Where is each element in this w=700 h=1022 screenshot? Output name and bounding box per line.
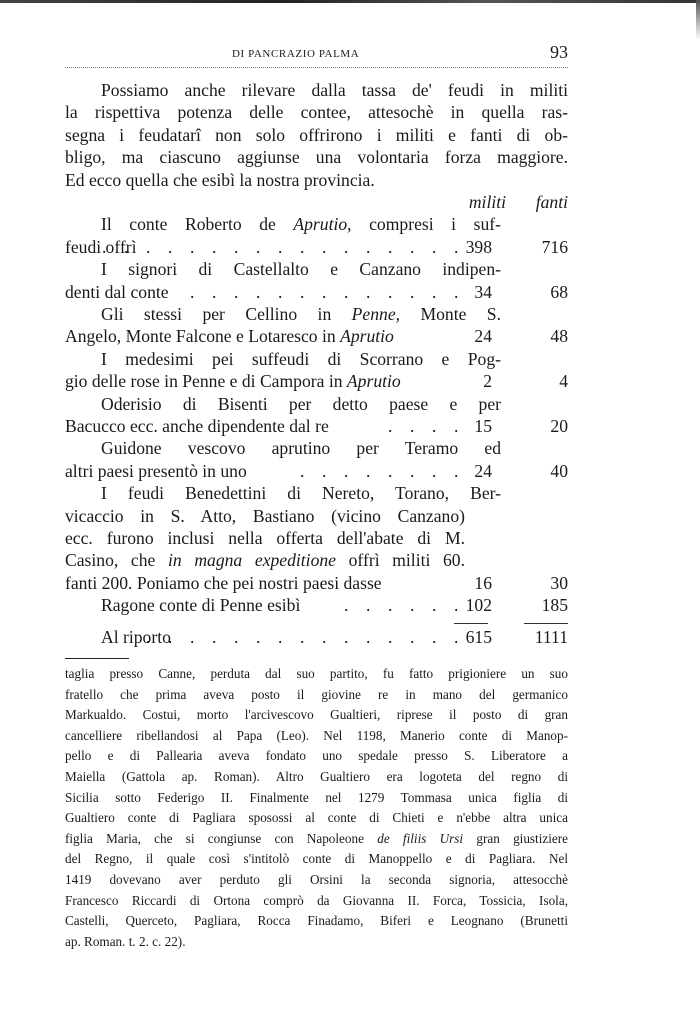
table-entry: Gli stessi per Cellino in Penne, Monte S… [65,303,568,348]
militi-value: 102 [442,594,492,616]
entry-text-line: Casino, che in magna expeditione offrì m… [65,549,465,571]
entry-last-line: Angelo, Monte Falcone e Lotaresco in Apr… [65,325,394,347]
intro-paragraph: Possiamo anche rilevare dalla tassa de' … [65,79,568,191]
entry-text-line: Gli stessi per Cellino in Penne, Monte S… [65,303,501,325]
footnote: taglia presso Canne, perduta dal suo par… [65,664,568,952]
table-entry: I signori di Castellalto e Canzano indip… [65,258,568,303]
footnote-line: Francesco Riccardi di Ortona comprò da G… [65,891,568,912]
total-militi: 615 [442,626,492,648]
body-text: Possiamo anche rilevare dalla tassa de' … [65,79,568,645]
column-header-militi: militi [469,191,506,213]
table-entry: Oderisio di Bisenti per detto paese e pe… [65,393,568,438]
fanti-value: 4 [508,370,568,392]
militi-value: 24 [442,460,492,482]
entry-text-line: Guidone vescovo aprutino per Teramo ed [65,437,501,459]
footnote-line: pello e di Pallearia aveva fondato uno s… [65,746,568,767]
sum-rule [524,623,568,624]
table-entry: I medesimi pei suffeudi di Scorrano e Po… [65,348,568,393]
footnote-line: 1419 dovevano aver perduto gli Orsini la… [65,870,568,891]
footnote-line: del Regno, il quale così s'intitolò cont… [65,849,568,870]
dot-leader: . . . . . . [65,594,465,616]
entry-text-line: ecc. furono inclusi nella offerta dell'a… [65,527,465,549]
entry-last-line: gio delle rose in Penne e di Campora in … [65,370,401,392]
dot-leader: . . . . . . . . . . . . . [65,281,465,303]
dot-leader: . . . . . . . . . . . . . . . . . [65,236,465,258]
footnote-line: Castelli, Querceto, Pagliara, Rocca Fina… [65,911,568,932]
militi-value: 24 [442,325,492,347]
fanti-value: 40 [508,460,568,482]
scan-edge-top [0,0,700,3]
footnote-line: figlia Maria, che si congiunse con Napol… [65,829,568,850]
footnote-line: ap. Roman. t. 2. c. 22). [65,932,568,953]
sum-rule [454,623,488,624]
dot-leader: . . . . . . . . . . . . . . . [65,626,465,648]
footnote-line: Markualdo. Costui, morto l'arcivescovo G… [65,705,568,726]
militi-value: 2 [442,370,492,392]
footnote-line: Maiella (Gattola ap. Roman). Altro Gualt… [65,767,568,788]
text-line: bligo, ma ciascuno aggiunse una volontar… [65,146,568,168]
running-head: DI PANCRAZIO PALMA [232,48,359,60]
entry-text-line: Il conte Roberto de Aprutio, compresi i … [65,213,501,235]
table-entry: Guidone vescovo aprutino per Teramo ed a… [65,437,568,482]
table-column-headers: militi fanti [65,191,568,213]
text-line: segna i feudatarî non solo offrirono i m… [65,124,568,146]
entry-last-line: fanti 200. Poniamo che pei nostri paesi … [65,572,382,594]
text-line: Ed ecco quella che esibì la nostra provi… [65,169,568,191]
fanti-value: 716 [508,236,568,258]
entry-text-line: Oderisio di Bisenti per detto paese e pe… [65,393,501,415]
text-line: Possiamo anche rilevare dalla tassa de' … [65,79,568,101]
fanti-value: 185 [508,594,568,616]
entry-text-line: I feudi Benedettini di Nereto, Torano, B… [65,482,501,504]
footnote-line: taglia presso Canne, perduta dal suo par… [65,664,568,685]
header-rule [65,67,568,68]
fanti-value: 48 [508,325,568,347]
footnote-line: Gualtiero conte di Pagliara sposossi al … [65,808,568,829]
dot-leader: . . . . [65,415,465,437]
table-total: Al riporto . . . . . . . . . . . . . . .… [65,623,568,645]
fanti-value: 20 [508,415,568,437]
column-header-fanti: fanti [536,191,568,213]
table-entry: I feudi Benedettini di Nereto, Torano, B… [65,482,568,594]
entry-text-line: I medesimi pei suffeudi di Scorrano e Po… [65,348,501,370]
table-entry: Ragone conte di Penne esibì . . . . . . … [65,594,568,616]
page-number: 93 [550,42,568,63]
militi-value: 16 [442,572,492,594]
dot-leader: . . . . . . . . [65,460,465,482]
militi-value: 34 [442,281,492,303]
page-header: DI PANCRAZIO PALMA 93 [65,38,568,68]
total-fanti: 1111 [508,626,568,648]
fanti-value: 68 [508,281,568,303]
table-entry: Il conte Roberto de Aprutio, compresi i … [65,213,568,258]
entry-text-line: I signori di Castellalto e Canzano indip… [65,258,501,280]
footnote-line: fratello che prima aveva posto il giovin… [65,685,568,706]
text-line: la rispettiva potenza delle contee, atte… [65,101,568,123]
entry-text-line: vicaccio in S. Atto, Bastiano (vicino Ca… [65,505,465,527]
footnote-line: cancelliere ribellandosi al Papa (Leo). … [65,726,568,747]
militi-value: 398 [442,236,492,258]
footnote-rule [65,658,129,659]
scan-edge-right [696,0,700,40]
militi-value: 15 [442,415,492,437]
footnote-line: Sicilia sotto Federigo II. Finalmente ne… [65,788,568,809]
fanti-value: 30 [508,572,568,594]
